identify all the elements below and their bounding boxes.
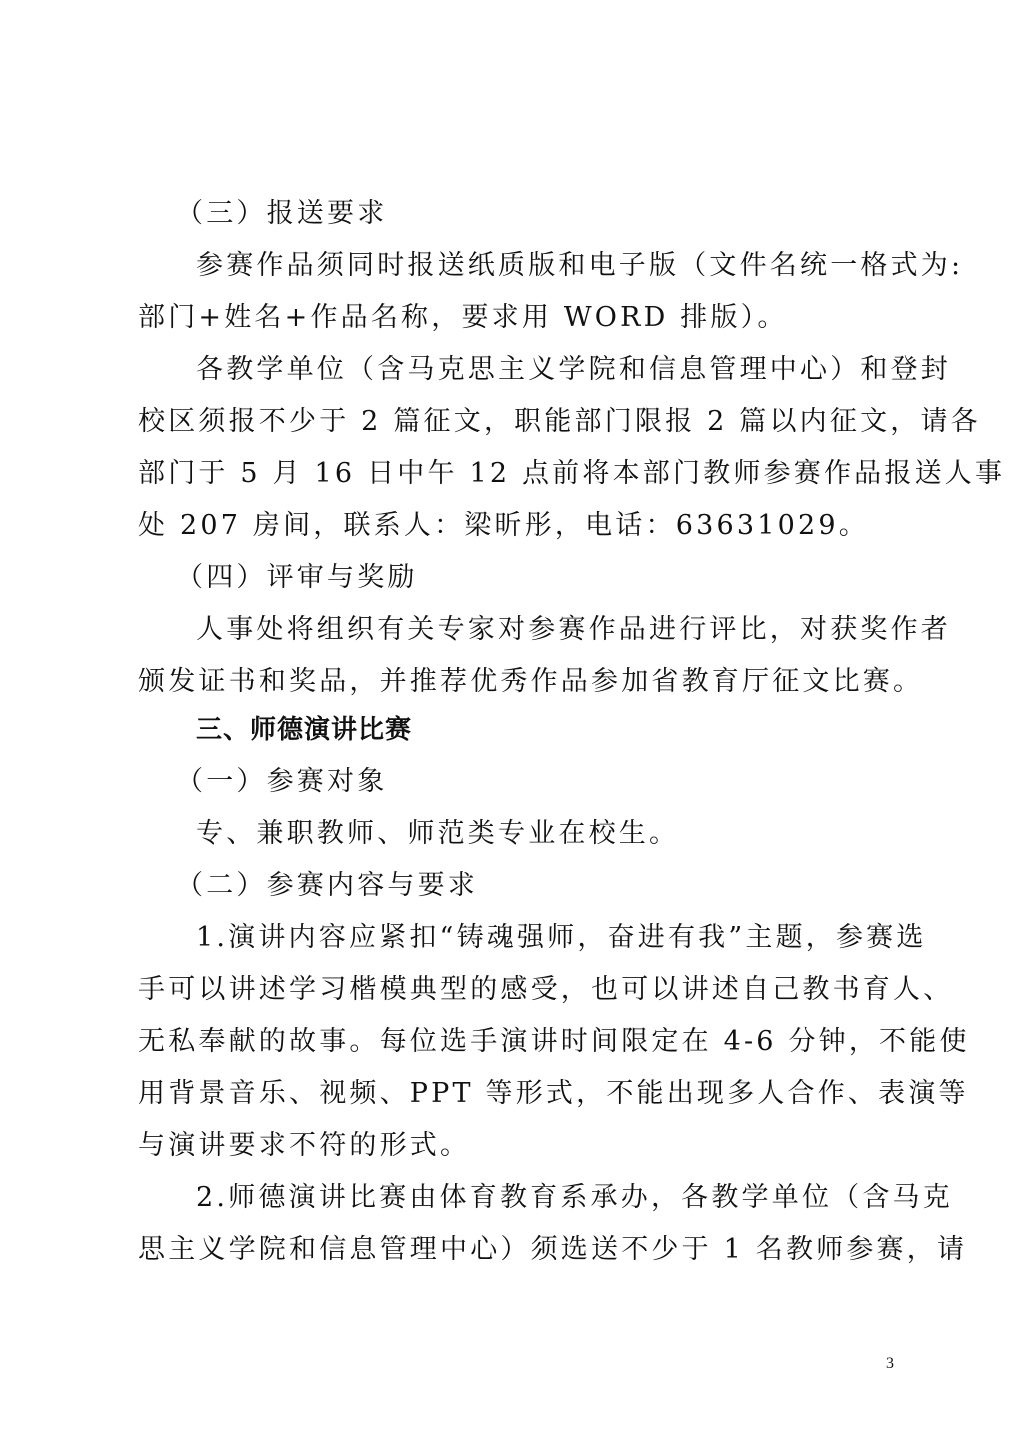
paragraph-line: 颁发证书和奖品，并推荐优秀作品参加省教育厅征文比赛。 [138, 665, 898, 699]
section-subheading-content: （二）参赛内容与要求 [176, 869, 936, 903]
paragraph-line: 无私奉献的故事。每位选手演讲时间限定在 4-6 分钟，不能使 [138, 1025, 898, 1059]
paragraph-line: 1.演讲内容应紧扣“铸魂强师，奋进有我”主题，参赛选 [196, 921, 956, 955]
paragraph-line: 2.师德演讲比赛由体育教育系承办，各教学单位（含马克 [196, 1181, 956, 1215]
paragraph-line: 手可以讲述学习楷模典型的感受，也可以讲述自己教书育人、 [138, 973, 898, 1007]
page-number: 3 [886, 1355, 894, 1373]
section-subheading-review: （四）评审与奖励 [176, 561, 936, 595]
paragraph-line: 校区须报不少于 2 篇征文，职能部门限报 2 篇以内征文，请各 [138, 405, 898, 439]
paragraph-line: 各教学单位（含马克思主义学院和信息管理中心）和登封 [196, 353, 956, 387]
paragraph-line: 部门+姓名+作品名称，要求用 WORD 排版）。 [138, 301, 898, 335]
paragraph-line: 部门于 5 月 16 日中午 12 点前将本部门教师参赛作品报送人事 [138, 457, 898, 491]
paragraph-line: 专、兼职教师、师范类专业在校生。 [196, 817, 956, 851]
document-page: （三）报送要求 参赛作品须同时报送纸质版和电子版（文件名统一格式为: 部门+姓名… [0, 0, 1024, 1448]
paragraph-line: 与演讲要求不符的形式。 [138, 1129, 898, 1163]
section-subheading-submission: （三）报送要求 [176, 197, 936, 231]
paragraph-line: 处 207 房间，联系人：梁昕彤，电话：63631029。 [138, 509, 898, 543]
paragraph-line: 参赛作品须同时报送纸质版和电子版（文件名统一格式为: [196, 249, 956, 283]
paragraph-line: 思主义学院和信息管理中心）须选送不少于 1 名教师参赛，请 [138, 1233, 898, 1267]
section-heading-speech-contest: 三、师德演讲比赛 [196, 713, 956, 747]
section-subheading-participants: （一）参赛对象 [176, 765, 936, 799]
paragraph-line: 人事处将组织有关专家对参赛作品进行评比，对获奖作者 [196, 613, 956, 647]
paragraph-line: 用背景音乐、视频、PPT 等形式，不能出现多人合作、表演等 [138, 1077, 898, 1111]
